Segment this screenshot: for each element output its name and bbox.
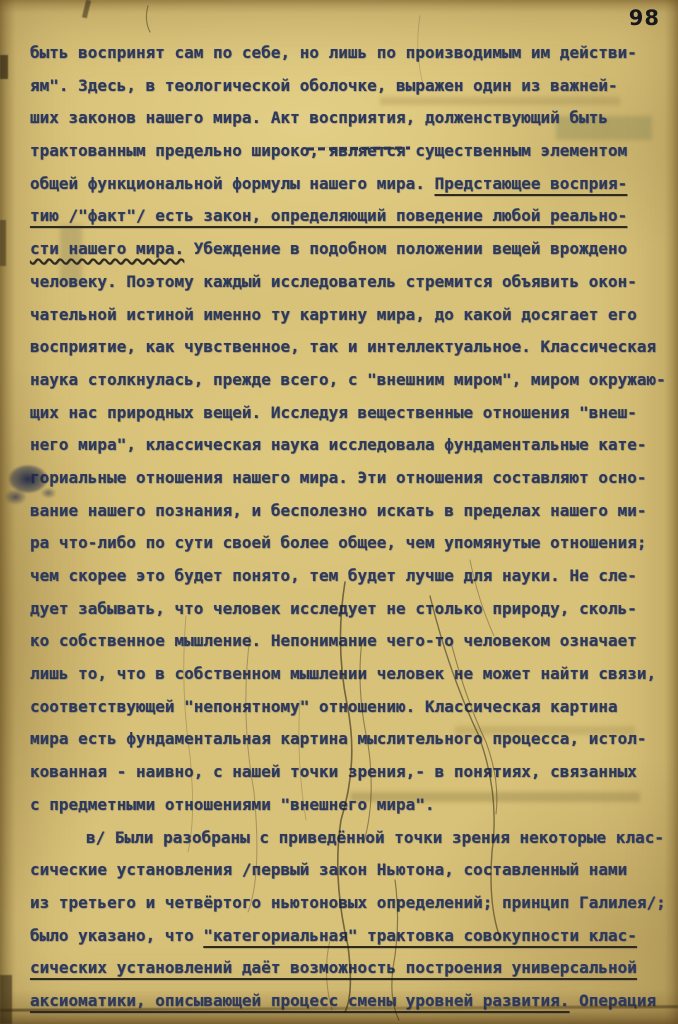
page-edge-mark — [0, 220, 6, 266]
underlined-text: сических установлений даёт возможность п… — [30, 958, 637, 977]
underlined-text: сти нашего мира. — [30, 239, 184, 258]
page-number: 98 — [629, 6, 660, 30]
text-segment: дует забывать, что человек исследует не … — [30, 599, 637, 618]
text-line: вание нашего познания, и бесполезно иска… — [30, 495, 678, 528]
text-segment: в/ Были разобраны с приведённой точки зр… — [86, 828, 664, 847]
text-line: трактованным предельно широко, является … — [30, 135, 678, 168]
text-line: мира есть фундаментальная картина мыслит… — [30, 723, 678, 756]
text-segment: сические установления /первый закон Ньют… — [30, 860, 627, 879]
text-line: соответствующей "непонятному" отношению.… — [30, 691, 678, 724]
text-line: дует забывать, что человек исследует не … — [30, 593, 678, 626]
text-segment: соответствующей "непонятному" отношению.… — [30, 697, 618, 716]
text-line: него мира", классическая наука исследова… — [30, 429, 678, 462]
underlined-text: тию /"факт"/ есть закон, определяющий по… — [30, 206, 627, 225]
text-line: тию /"факт"/ есть закон, определяющий по… — [30, 200, 678, 233]
text-segment: ям". Здесь, в теологической оболочке, вы… — [30, 76, 618, 95]
text-segment: щих нас природных вещей. Исследуя вещест… — [30, 403, 637, 422]
text-segment: ра что-либо по сути своей более общее, ч… — [30, 533, 647, 552]
text-segment: мира есть фундаментальная картина мыслит… — [30, 729, 647, 748]
text-segment: кованная - наивно, с нашей точки зрения,… — [30, 762, 637, 781]
text-line: сти нашего мира. Убеждение в подобном по… — [30, 233, 678, 266]
text-line: быть воспринят сам по себе, но лишь по п… — [30, 37, 678, 70]
text-segment: ших законов нашего мира. Акт восприятия,… — [30, 108, 608, 127]
text-line: ра что-либо по сути своей более общее, ч… — [30, 527, 678, 560]
text-segment: общей функциональной формулы нашего мира… — [30, 174, 435, 193]
text-line: аксиоматики, описывающей процесс смены у… — [30, 985, 678, 1018]
text-line: восприятие, как чувственное, так и интел… — [30, 331, 678, 364]
text-segment: быть воспринят сам по себе, но лишь по п… — [30, 43, 637, 62]
text-line: с предметными отношениями "внешнего мира… — [30, 789, 678, 822]
text-segment: вание нашего познания, и бесполезно иска… — [30, 501, 647, 520]
text-segment: из третьего и четвёртого ньютоновых опре… — [30, 893, 666, 912]
text-line: гориальные отношения нашего мира. Эти от… — [30, 462, 678, 495]
text-segment: ко собственное мышление. Непонимание чег… — [30, 631, 637, 650]
text-segment: чем скорее это будет понято, тем будет л… — [30, 566, 637, 585]
text-line: сических установлений даёт возможность п… — [30, 952, 678, 985]
text-line: ших законов нашего мира. Акт восприятия,… — [30, 102, 678, 135]
text-segment: лишь то, что в собственном мышлении чело… — [30, 664, 656, 683]
ink-blot — [2, 458, 64, 508]
page-edge-mark — [82, 0, 91, 18]
text-segment: гориальные отношения нашего мира. Эти от… — [30, 468, 647, 487]
text-line: было указано, что "категориальная" тракт… — [30, 920, 678, 953]
text-line: лишь то, что в собственном мышлении чело… — [30, 658, 678, 691]
typewritten-text: быть воспринят сам по себе, но лишь по п… — [30, 37, 678, 1018]
text-line: кованная - наивно, с нашей точки зрения,… — [30, 756, 678, 789]
text-line: чательной истиной именно ту картину мира… — [30, 299, 678, 332]
text-segment: восприятие, как чувственное, так и интел… — [30, 337, 656, 356]
text-segment: человеку. Поэтому каждый исследователь с… — [30, 272, 637, 291]
text-segment: с предметными отношениями "внешнего мира… — [30, 795, 435, 814]
text-line: сические установления /первый закон Ньют… — [30, 854, 678, 887]
text-segment: него мира", классическая наука исследова… — [30, 435, 647, 454]
document-page: 98 быть воспринят сам по себе, но лишь п… — [0, 0, 678, 1024]
text-line: в/ Были разобраны с приведённой точки зр… — [30, 822, 678, 855]
text-line: ко собственное мышление. Непонимание чег… — [30, 625, 678, 658]
text-line: щих нас природных вещей. Исследуя вещест… — [30, 397, 678, 430]
text-line: ям". Здесь, в теологической оболочке, вы… — [30, 70, 678, 103]
page-edge-mark — [0, 55, 8, 79]
text-segment: наука столкнулась, прежде всего, с "внеш… — [30, 370, 666, 389]
text-line: чем скорее это будет понято, тем будет л… — [30, 560, 678, 593]
text-segment: было указано, что — [30, 926, 203, 945]
page-edge-mark — [0, 975, 12, 1024]
text-line: из третьего и четвёртого ньютоновых опре… — [30, 887, 678, 920]
text-segment: Убеждение в подобном положении вещей вро… — [184, 239, 627, 258]
text-line: общей функциональной формулы нашего мира… — [30, 168, 678, 201]
underlined-text: "категориальная" трактовка совокупности … — [203, 926, 636, 945]
underlined-text: Предстающее восприя- — [435, 174, 628, 193]
text-segment: чательной истиной именно ту картину мира… — [30, 305, 637, 324]
text-line: наука столкнулась, прежде всего, с "внеш… — [30, 364, 678, 397]
text-line: человеку. Поэтому каждый исследователь с… — [30, 266, 678, 299]
